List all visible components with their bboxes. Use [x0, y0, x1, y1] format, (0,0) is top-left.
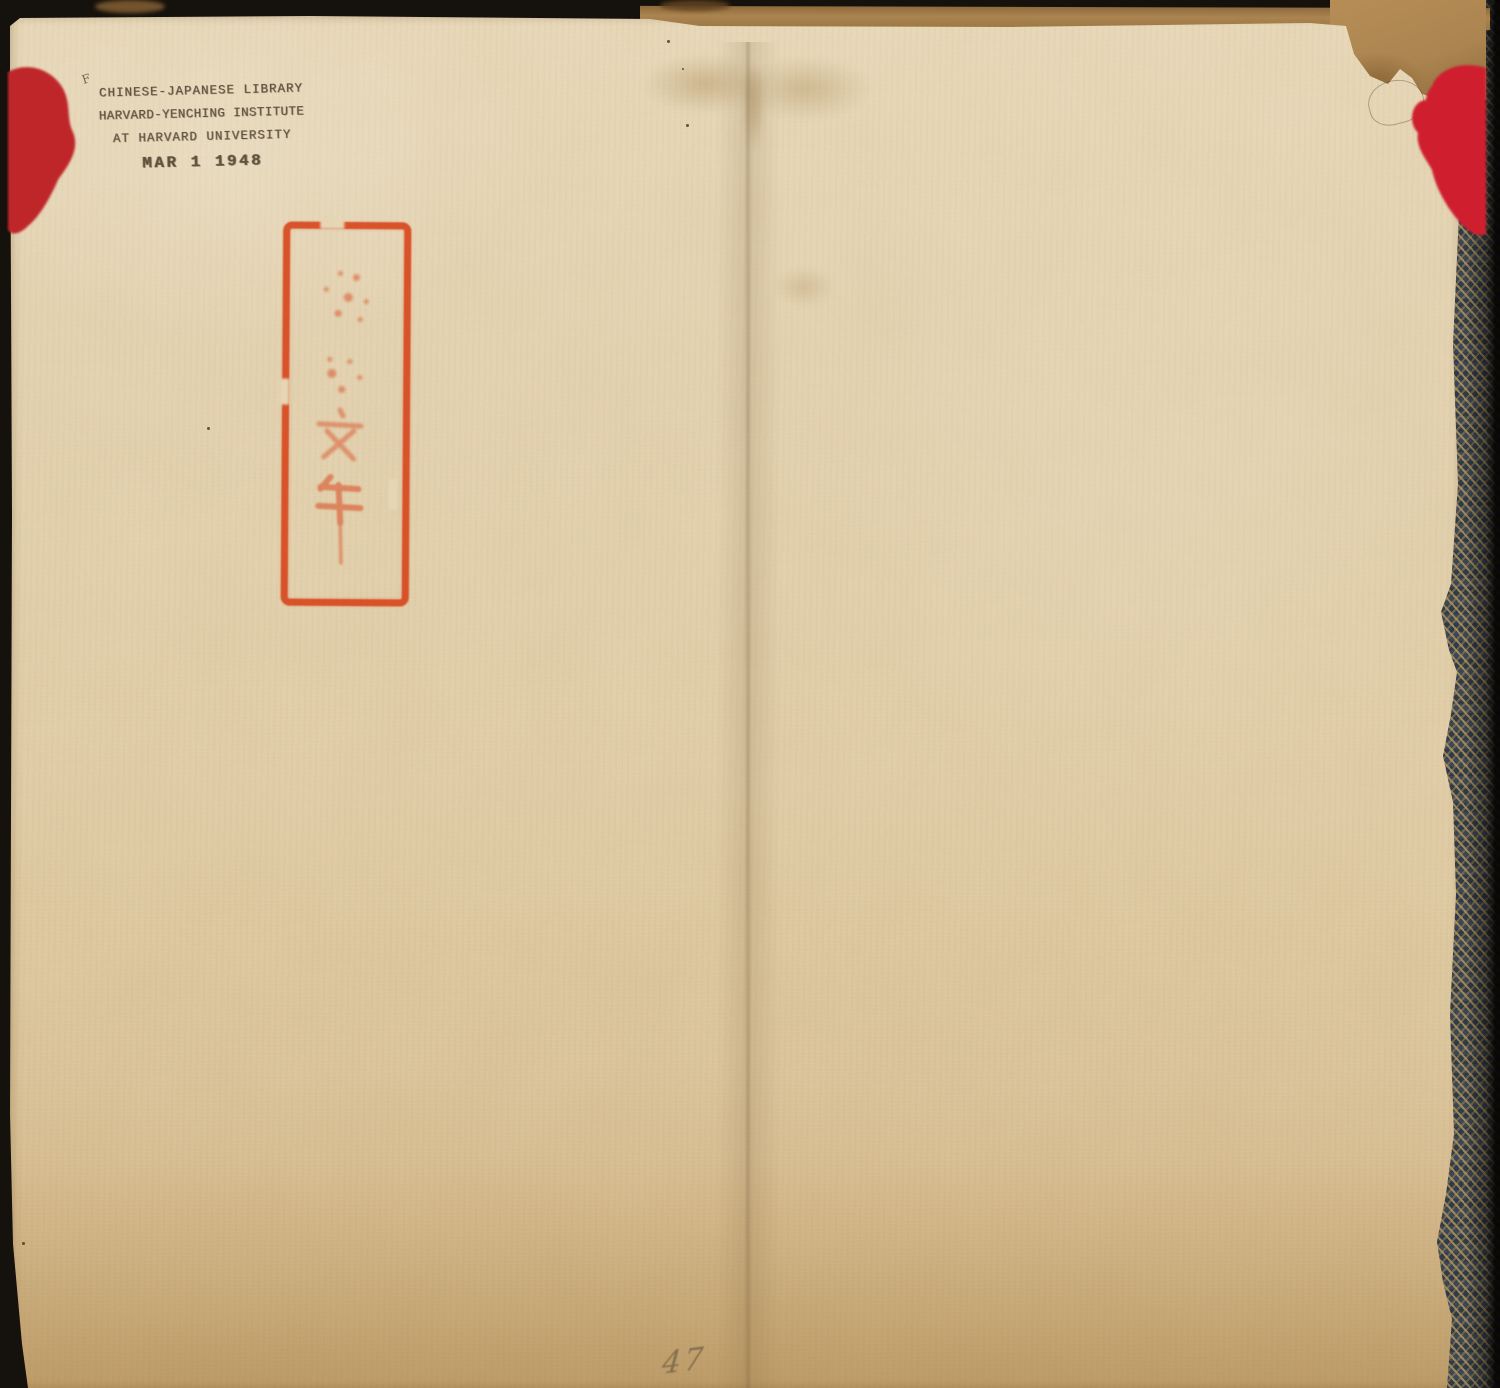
seal-border-gap	[280, 379, 289, 405]
seal-border-gap	[388, 479, 397, 509]
pencil-scribble-bottom: 47	[661, 1341, 708, 1382]
small-stain	[773, 267, 835, 307]
paper-speck	[667, 40, 670, 43]
gutter-stain	[608, 42, 894, 158]
seal-character-mark-upper	[307, 405, 373, 465]
cover-edge-smudge	[95, 0, 165, 13]
bottom-age-stain	[10, 1158, 1462, 1388]
paper-speck	[22, 1242, 25, 1245]
paper-speck	[682, 68, 684, 70]
paper-shading	[750, 74, 1457, 1034]
gutter-shadow	[716, 42, 780, 1388]
red-ink-blob-left	[8, 58, 100, 248]
paper-speck	[207, 427, 210, 430]
book-pages-spread: F CHINESE-JAPANESE LIBRARY HARVARD-YENCH…	[10, 14, 1462, 1388]
red-ink-blob-right	[1392, 60, 1486, 248]
seal-dot-marks-upper	[338, 271, 343, 276]
seal-border-gap	[320, 220, 344, 229]
paper-speck	[686, 124, 689, 127]
seal-character-mark-lower	[308, 473, 371, 569]
scanned-book-spread: F CHINESE-JAPANESE LIBRARY HARVARD-YENCH…	[0, 0, 1500, 1388]
paper-texture	[10, 14, 1462, 1388]
red-collection-seal	[281, 222, 412, 607]
library-stamp: CHINESE-JAPANESE LIBRARY HARVARD-YENCHIN…	[81, 77, 323, 178]
cover-edge-smudge	[660, 0, 730, 11]
seal-dot-marks-middle	[327, 357, 332, 362]
